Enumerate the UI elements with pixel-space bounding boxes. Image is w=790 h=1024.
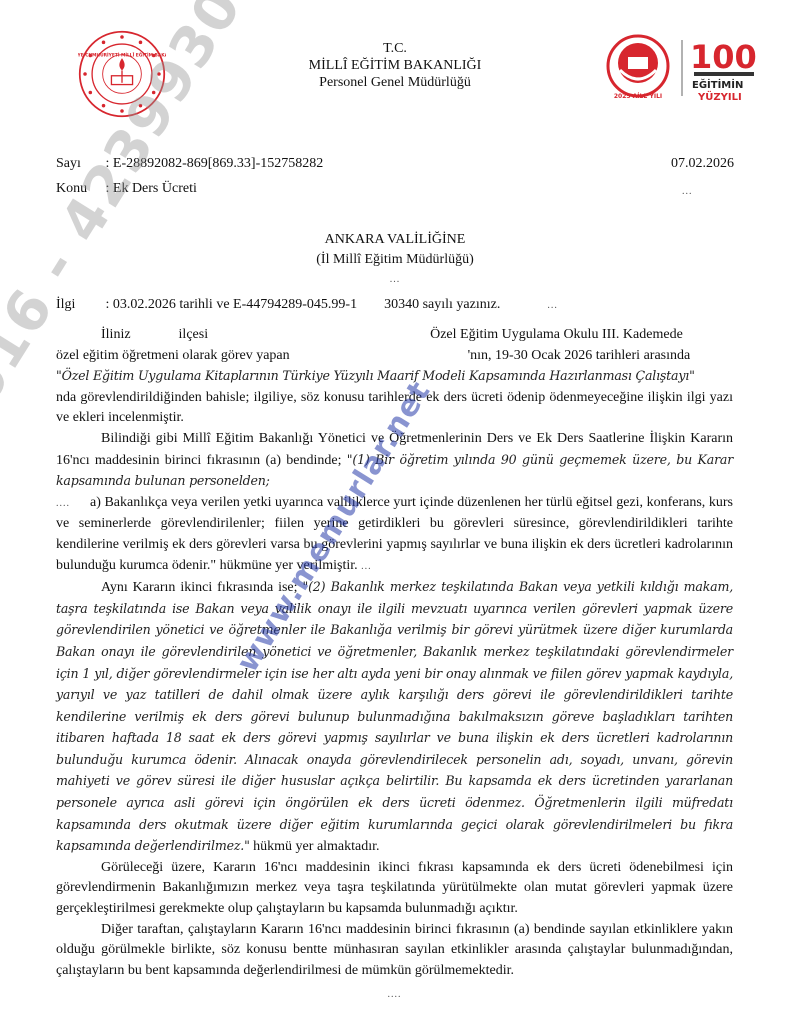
ilgi-row: İlgi : 03.02.2026 tarihli ve E-44794289-…: [56, 297, 558, 313]
ilgi-value-part2: 30340 sayılı yazınız.: [384, 297, 500, 312]
sayi-label: Sayı: [56, 156, 102, 172]
letter-body: İlinizilçesiÖzel Eğitim Uygulama Okulu I…: [56, 325, 733, 1006]
paragraph-1: İlinizilçesiÖzel Eğitim Uygulama Okulu I…: [56, 325, 733, 388]
meb-seal-icon: TÜRKİYE CUMHURİYETİ MİLLÎ EĞİTİM BAKANLI…: [78, 30, 166, 118]
aile-yili-logo-icon: 2025 AİLE YILI: [608, 36, 668, 100]
addressee-dots: ...: [240, 270, 550, 290]
header-tc: T.C.: [240, 40, 550, 57]
addressee-line1: ANKARA VALİLİĞİNE: [240, 230, 550, 250]
ilgi-value-part1: : 03.02.2026 tarihli ve E-44794289-045.9…: [106, 297, 358, 312]
svg-text:2025 AİLE YILI: 2025 AİLE YILI: [614, 93, 662, 100]
letterhead: T.C. MİLLÎ EĞİTİM BAKANLIĞI Personel Gen…: [240, 40, 550, 91]
paragraph-3: ....a) Bakanlıkça veya verilen yetki uya…: [56, 493, 733, 577]
sayi-row: Sayı : E-28892082-869[869.33]-152758282: [56, 156, 323, 172]
ilgi-dots: ...: [547, 300, 558, 311]
svg-text:100: 100: [690, 38, 757, 76]
konu-label: Konu: [56, 181, 102, 197]
addressee: ANKARA VALİLİĞİNE (İl Millî Eğitim Müdür…: [240, 230, 550, 290]
aile-yili-and-egitimin-yuzyili-logo: 2025 AİLE YILI 100 EĞİTİMİN YÜZYILI: [606, 30, 776, 102]
document-page: TÜRKİYE CUMHURİYETİ MİLLÎ EĞİTİM BAKANLI…: [0, 0, 790, 1024]
paragraph-6: Diğer taraftan, çalıştayların Kararın 16…: [56, 920, 733, 982]
konu-value: : Ek Ders Ücreti: [106, 181, 197, 196]
paragraph-2: Bilindiği gibi Millî Eğitim Bakanlığı Yö…: [56, 429, 733, 493]
svg-text:TÜRKİYE CUMHURİYETİ MİLLÎ EĞİT: TÜRKİYE CUMHURİYETİ MİLLÎ EĞİTİM BAKANLI…: [78, 50, 166, 58]
paragraph-5: Görüleceği üzere, Kararın 16'ncı maddesi…: [56, 858, 733, 920]
date-dots: ...: [682, 186, 693, 197]
end-dots: ....: [56, 985, 733, 1006]
sayi-value: : E-28892082-869[869.33]-152758282: [106, 156, 324, 171]
ilgi-label: İlgi: [56, 297, 102, 313]
addressee-line2: (İl Millî Eğitim Müdürlüğü): [240, 250, 550, 270]
paragraph-4: Aynı Kararın ikinci fıkrasında ise; "(2)…: [56, 577, 733, 858]
header-department: Personel Genel Müdürlüğü: [240, 74, 550, 91]
svg-text:EĞİTİMİN: EĞİTİMİN: [692, 77, 743, 91]
header-ministry: MİLLÎ EĞİTİM BAKANLIĞI: [240, 57, 550, 74]
konu-row: Konu : Ek Ders Ücreti: [56, 181, 197, 197]
document-date: 07.02.2026: [671, 156, 734, 172]
paragraph-1-cont: nda görevlendirildiğinden bahisle; ilgil…: [56, 388, 733, 429]
